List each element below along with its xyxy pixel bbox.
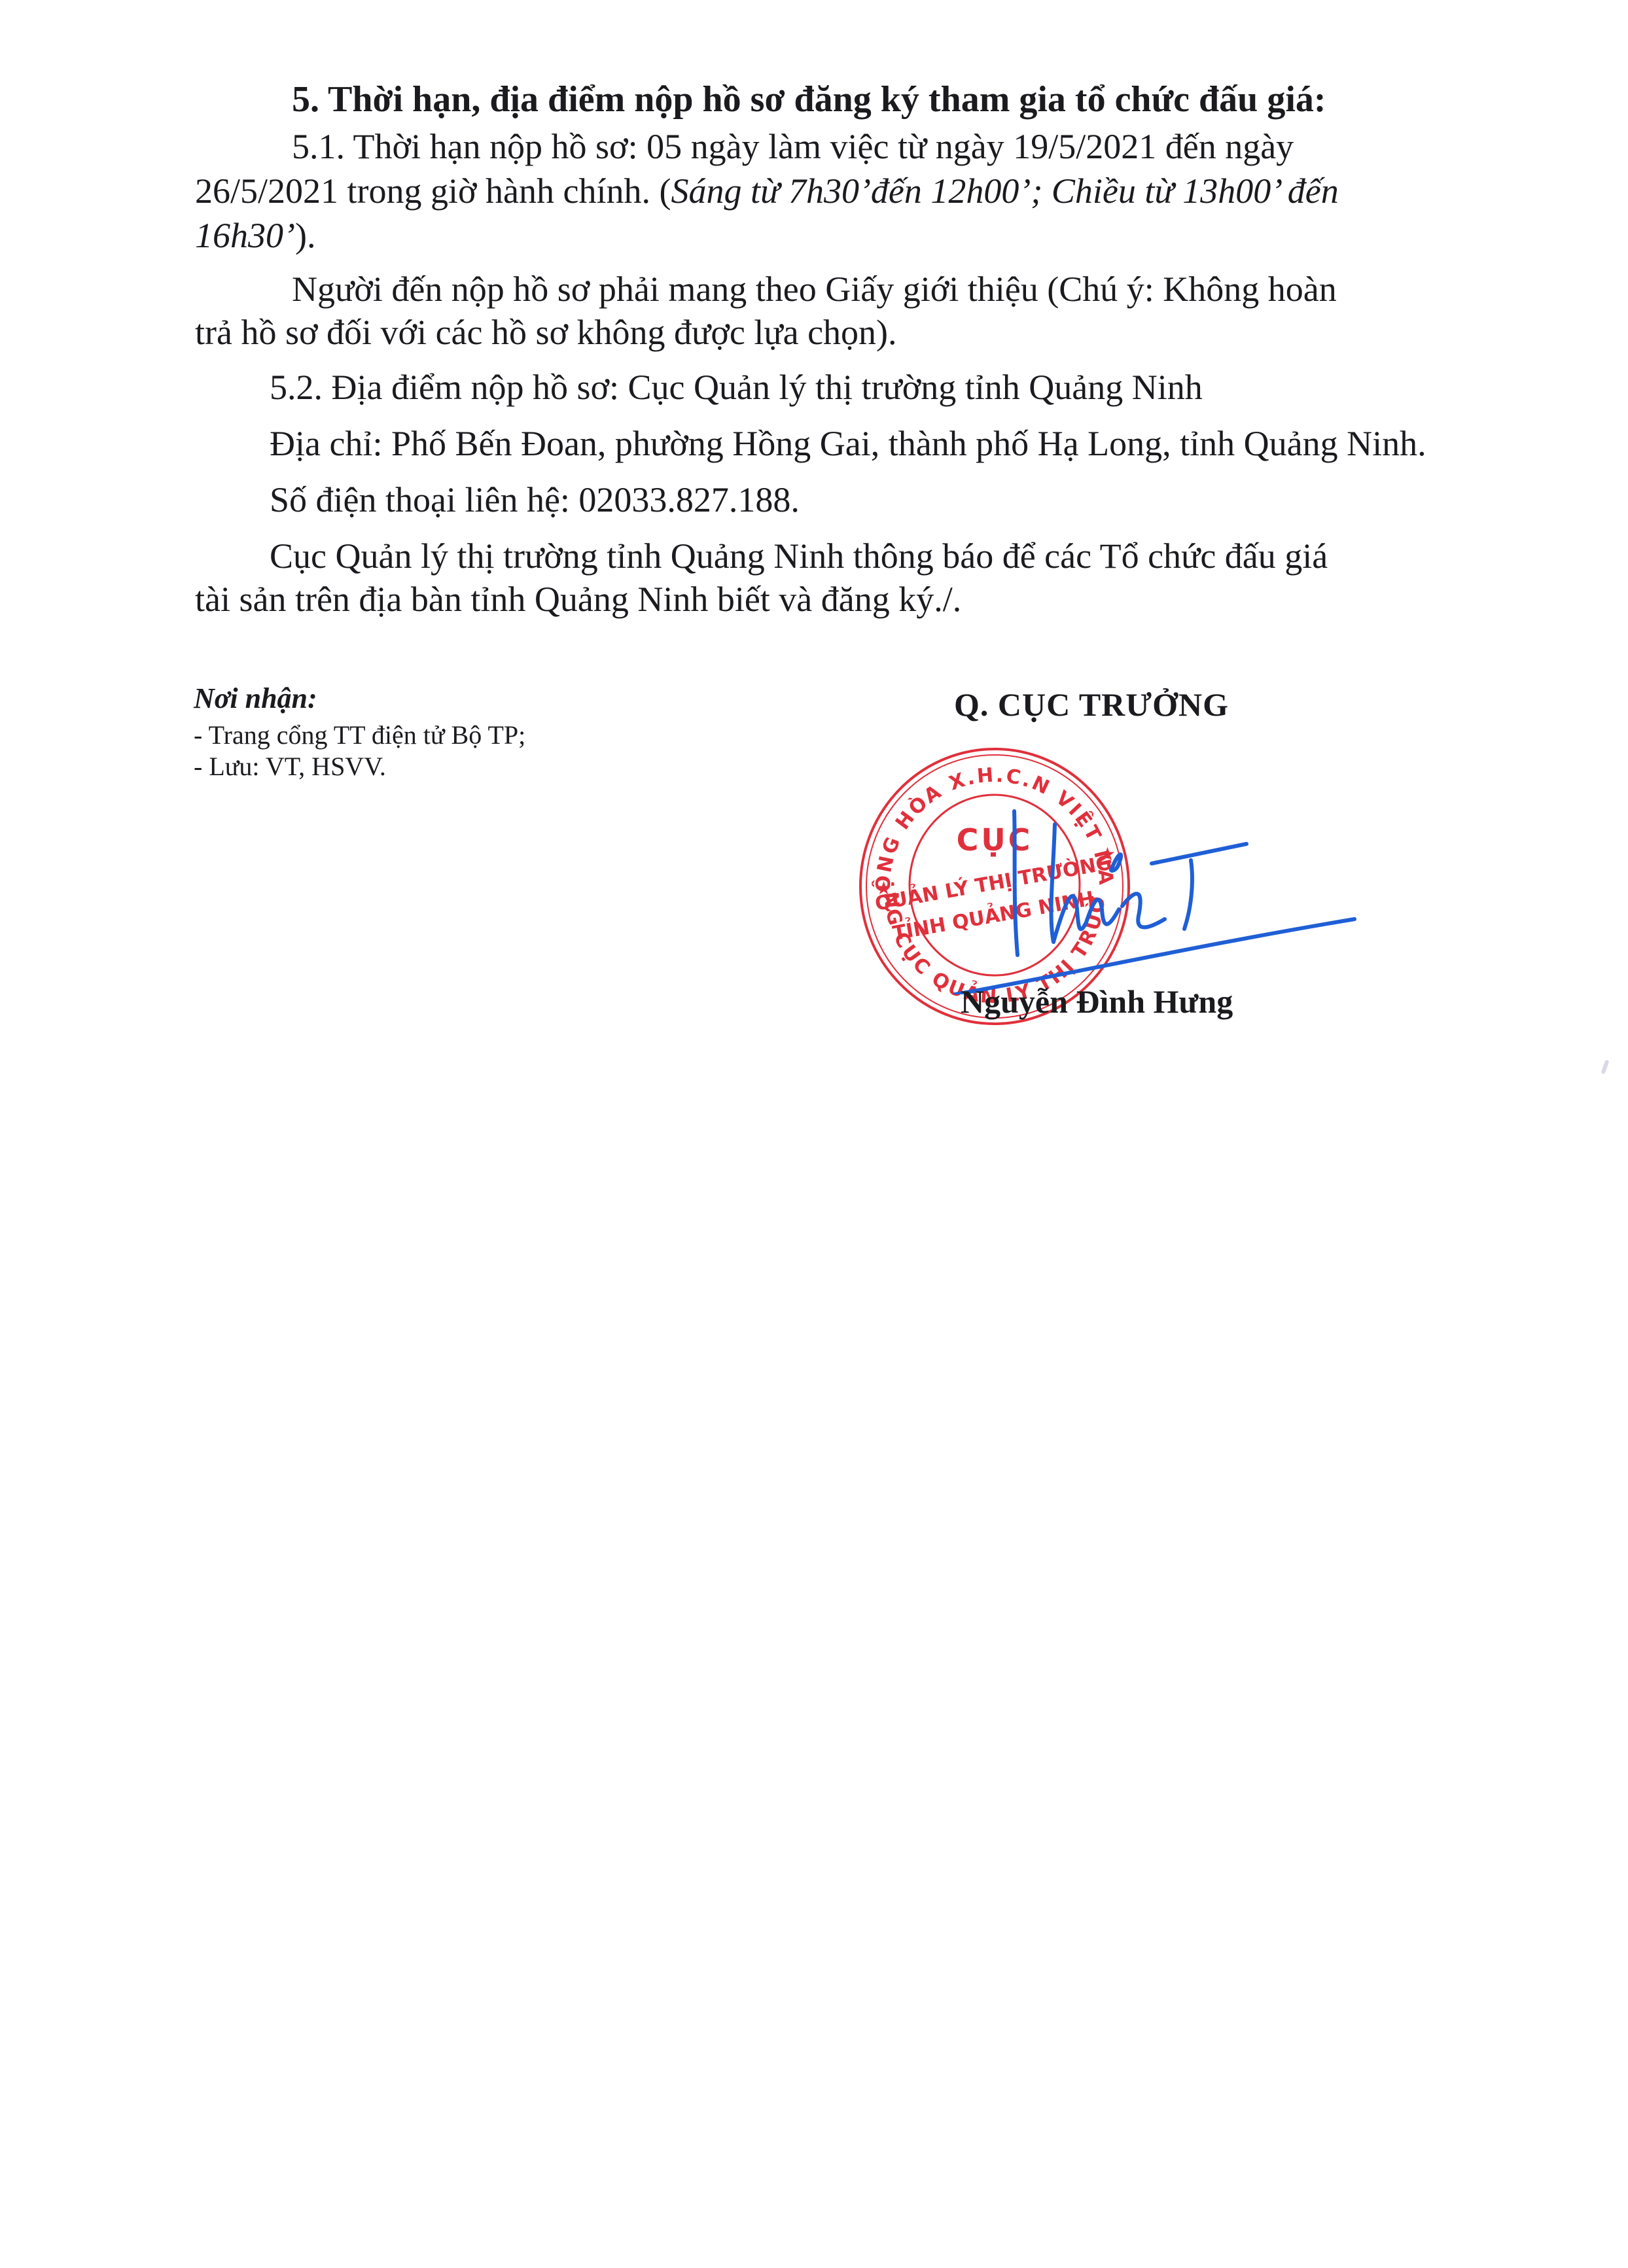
item-5-1-text: 5.1. Thời hạn nộp hồ sơ: 05 ngày làm việ… [292, 126, 1294, 167]
note-line1: Người đến nộp hồ sơ phải mang theo Giấy … [292, 268, 1337, 310]
item-5-1-line1: 5.1. Thời hạn nộp hồ sơ: 05 ngày làm việ… [292, 126, 1442, 167]
recipient-item: - Trang cổng TT điện tử Bộ TP; [194, 720, 525, 750]
recipients-title: Nơi nhận: [194, 682, 317, 715]
item-5-1-hours-end: 16h30’ [195, 216, 295, 255]
signer-name: Nguyễn Đình Hưng [961, 983, 1233, 1021]
note-line2: trả hồ sơ đối với các hồ sơ không được l… [195, 311, 897, 353]
item-5-1-line2: 26/5/2021 trong giờ hành chính. (Sáng từ… [195, 170, 1339, 212]
document-page: 5. Thời hạn, địa điểm nộp hồ sơ đăng ký … [0, 0, 1628, 2268]
address: Địa chỉ: Phố Bến Đoan, phường Hồng Gai, … [270, 423, 1426, 464]
scan-artifact [1601, 1060, 1609, 1075]
signer-title: Q. CỤC TRƯỞNG [954, 686, 1229, 724]
handwritten-signature-icon [903, 798, 1361, 994]
closing-line2: tài sản trên địa bàn tỉnh Quảng Ninh biế… [195, 578, 961, 620]
item-5-2: 5.2. Địa điểm nộp hồ sơ: Cục Quản lý thị… [270, 366, 1203, 408]
item-5-1-hours-italic: Sáng từ 7h30’đến 12h00’; Chiều từ 13h00’… [671, 171, 1338, 211]
svg-text:★: ★ [876, 877, 892, 899]
item-5-1-line3: 16h30’). [195, 215, 315, 256]
closing-line1: Cục Quản lý thị trường tỉnh Quảng Ninh t… [270, 535, 1328, 577]
recipient-item: - Lưu: VT, HSVV. [194, 751, 386, 782]
item-5-1-hours-prefix: 26/5/2021 trong giờ hành chính. ( [195, 171, 671, 211]
section-heading: 5. Thời hạn, địa điểm nộp hồ sơ đăng ký … [292, 79, 1326, 120]
item-5-1-suffix: ). [295, 216, 315, 255]
phone: Số điện thoại liên hệ: 02033.827.188. [270, 479, 800, 521]
